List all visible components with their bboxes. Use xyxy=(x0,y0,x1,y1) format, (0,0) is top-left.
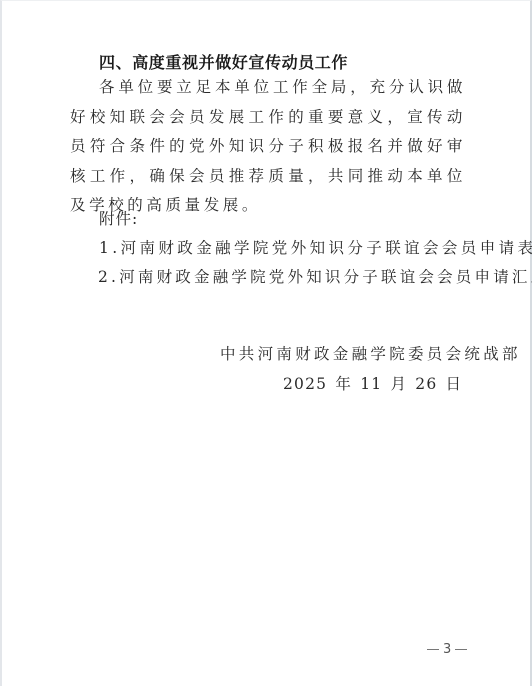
dash-right xyxy=(455,649,467,650)
attachment-item-2: 2.河南财政金融学院党外知识分子联谊会会员申请汇总表 xyxy=(98,265,532,287)
signature-organization: 中共河南财政金融学院委员会统战部 xyxy=(220,342,521,364)
page-number-value: 3 xyxy=(443,642,451,657)
page-number: 3 xyxy=(423,642,471,657)
attachments-label: 附件: xyxy=(99,207,138,229)
attachment-item-1: 1.河南财政金融学院党外知识分子联谊会会员申请表 xyxy=(99,236,532,258)
section-heading: 四、高度重视并做好宣传动员工作 xyxy=(99,50,348,73)
dash-left xyxy=(427,649,439,650)
document-page: 四、高度重视并做好宣传动员工作 各单位要立足本单位工作全局，充分认识做好校知联会… xyxy=(0,0,532,686)
signature-date: 2025 年 11 月 26 日 xyxy=(283,372,462,394)
body-paragraph: 各单位要立足本单位工作全局，充分认识做好校知联会会员发展工作的重要意义，宣传动员… xyxy=(70,73,466,221)
